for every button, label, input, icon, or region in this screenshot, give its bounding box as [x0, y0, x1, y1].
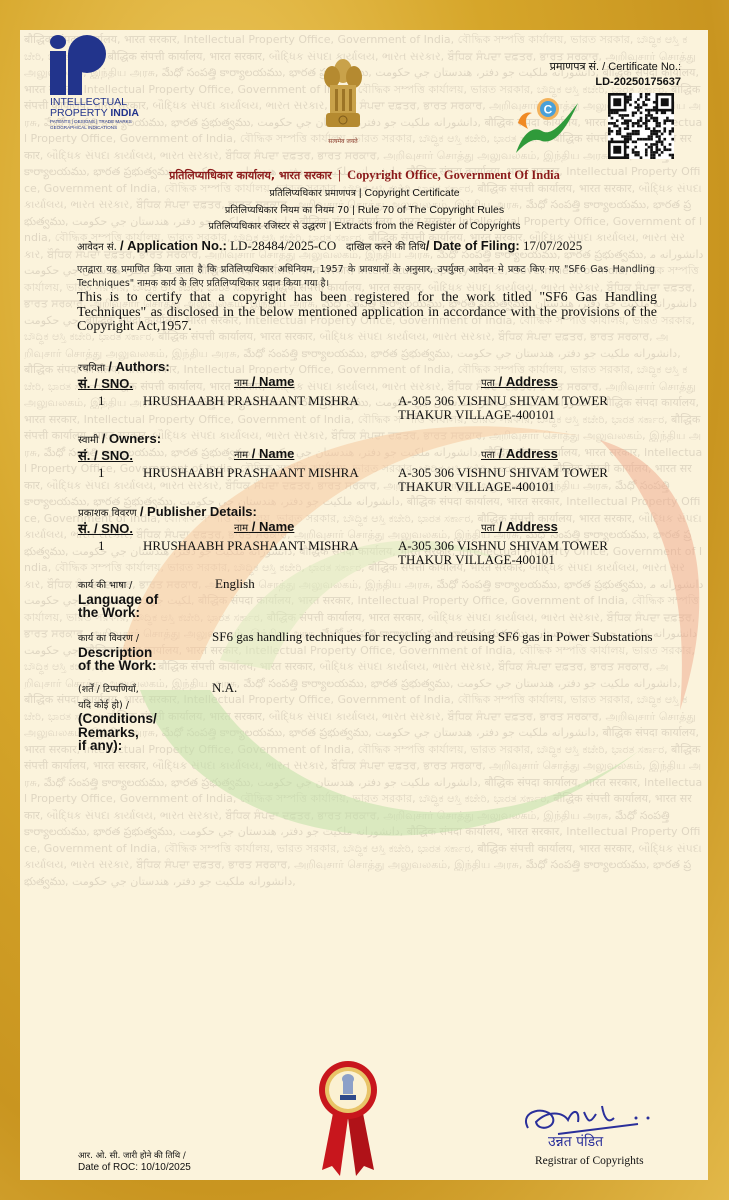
certificate-type-line: प्रतिलिप्यधिकार प्रमाणपत्र | Copyright C… [0, 186, 729, 199]
language-label: कार्य की भाषा / Language of the Work: [78, 577, 158, 620]
ribbon-seal-icon [318, 1058, 378, 1178]
ip-india-logo: INTELLECTUAL PROPERTY INDIA PATENTS | DE… [50, 35, 160, 131]
row-name: HRUSHAABH PRASHAANT MISHRA [143, 394, 359, 408]
office-title: प्रतिलिप्याधिकार कार्यालय, भारत सरकार | … [0, 168, 729, 183]
rule-line: प्रतिलिप्यधिकार नियम का नियम 70 | Rule 7… [0, 203, 729, 216]
column-header-sno: सं. / SNO. [78, 374, 133, 392]
ip-logo-title: INTELLECTUAL PROPERTY INDIA [50, 97, 160, 119]
row-address: A-305 306 VISHNU SHIVAM TOWERTHAKUR VILL… [398, 394, 608, 422]
row-sno: 1 [98, 466, 105, 480]
row-address: A-305 306 VISHNU SHIVAM TOWERTHAKUR VILL… [398, 539, 608, 567]
register-extract-line: प्रतिलिप्यधिकार रजिस्टर से उद्धरण | Extr… [0, 219, 729, 232]
ip-logo-mark-icon [50, 35, 108, 95]
signature-icon: उन्नत पंडित [518, 1100, 668, 1150]
row-name: HRUSHAABH PRASHAANT MISHRA [143, 466, 359, 480]
column-header-sno: सं. / SNO. [78, 446, 133, 464]
official-seal [318, 1058, 378, 1183]
description-value: SF6 gas handling techniques for recyclin… [212, 629, 662, 644]
row-sno: 1 [98, 539, 105, 553]
row-address: A-305 306 VISHNU SHIVAM TOWERTHAKUR VILL… [398, 466, 608, 494]
column-header-address: पता / Address [481, 519, 558, 535]
section-title: स्वामी / Owners: [78, 431, 161, 447]
column-header-address: पता / Address [481, 446, 558, 462]
description-label: कार्य का विवरण / Description of the Work… [78, 630, 157, 673]
registrar-title: Registrar of Copyrights [535, 1155, 644, 1167]
column-header-address: पता / Address [481, 374, 558, 390]
row-sno: 1 [98, 394, 105, 408]
application-line: आवेदन सं. / Application No.: LD-28484/20… [77, 238, 582, 254]
qr-code[interactable] [608, 93, 674, 159]
section-title: प्रकाशक विवरण / Publisher Details: [78, 504, 257, 520]
ip-logo-subtitle: PATENTS | DESIGNS | TRADE MARKSGEOGRAPHI… [50, 119, 160, 131]
copyright-logo: C [512, 95, 582, 162]
column-header-sno: सं. / SNO. [78, 519, 133, 537]
date-of-roc: आर. ओ. सी. जारी होने की तिथि / Date of R… [78, 1150, 191, 1173]
certificate-number-block: प्रमाणपत्र सं. / Certificate No.: LD-202… [550, 60, 681, 90]
language-value: English [215, 576, 255, 591]
certificate-number: LD-20250175637 [550, 75, 681, 90]
svg-text:उन्नत पंडित: उन्नत पंडित [548, 1133, 604, 1150]
column-header-name: नाम / Name [234, 446, 294, 462]
certificate-content: INTELLECTUAL PROPERTY INDIA PATENTS | DE… [0, 0, 729, 1200]
section-title: रचयिता / Authors: [78, 359, 170, 375]
column-header-name: नाम / Name [234, 519, 294, 535]
national-emblem: सत्यमेव जयते [320, 55, 366, 145]
column-header-name: नाम / Name [234, 374, 294, 390]
remarks-label: (शर्तें / टिप्पणियाँ, यदि कोई हो) / (Con… [78, 681, 157, 753]
application-number: LD-28484/2025-CO [227, 238, 336, 253]
emblem-motto: सत्यमेव जयते [320, 137, 366, 145]
roc-date: 10/10/2025 [141, 1162, 191, 1173]
row-name: HRUSHAABH PRASHAANT MISHRA [143, 539, 359, 553]
svg-text:C: C [544, 103, 553, 117]
certification-text-english: This is to certify that a copyright has … [77, 291, 657, 335]
certificate-number-label: प्रमाणपत्र सं. / Certificate No.: [550, 60, 681, 75]
registrar-signature: उन्नत पंडित [518, 1100, 668, 1155]
copyright-c-icon: C [512, 95, 582, 157]
remarks-value: N.A. [212, 680, 237, 695]
filing-date: 17/07/2025 [520, 238, 582, 253]
ashoka-emblem-icon [320, 55, 366, 137]
certification-text-hindi: एतद्वारा यह प्रमाणित किया जाता है कि प्र… [77, 263, 655, 291]
